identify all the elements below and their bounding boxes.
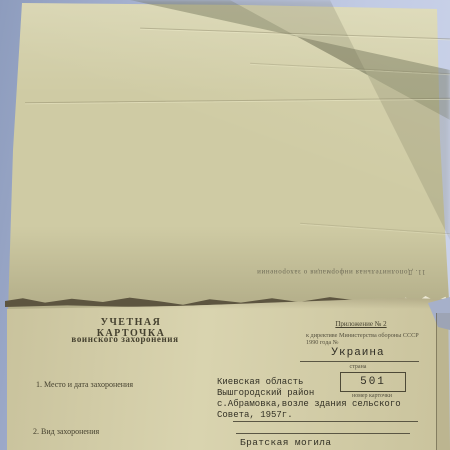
scanned-document: 11. Дополнительная информация о захороне… bbox=[0, 0, 450, 450]
country-label: страна bbox=[302, 364, 414, 370]
field-rule-line bbox=[236, 433, 410, 434]
field-label-burial-place-date: 1. Место и дата захоронения bbox=[36, 380, 133, 389]
country-value: Украина bbox=[302, 347, 414, 359]
field-label-burial-type: 2. Вид захоронения bbox=[33, 427, 99, 436]
paper-back-side bbox=[0, 0, 450, 314]
field-value-burial-type: Братская могила bbox=[240, 437, 332, 448]
country-underline bbox=[300, 361, 419, 362]
appendix-year: 1990 года № bbox=[306, 339, 426, 346]
appendix-directive: к директиве Министерства обороны СССР bbox=[306, 332, 426, 339]
field-underline bbox=[233, 421, 418, 422]
paper-right-edge bbox=[436, 313, 450, 450]
appendix-heading: Приложение № 2 bbox=[318, 320, 404, 328]
bleed-through-flipped-text: 11. Дополнительная информация о захороне… bbox=[240, 268, 442, 276]
form-subtitle: воинского захоронения bbox=[60, 334, 190, 344]
field-value-burial-place-date: Киевская область Вышгородский район с.Аб… bbox=[217, 377, 417, 421]
